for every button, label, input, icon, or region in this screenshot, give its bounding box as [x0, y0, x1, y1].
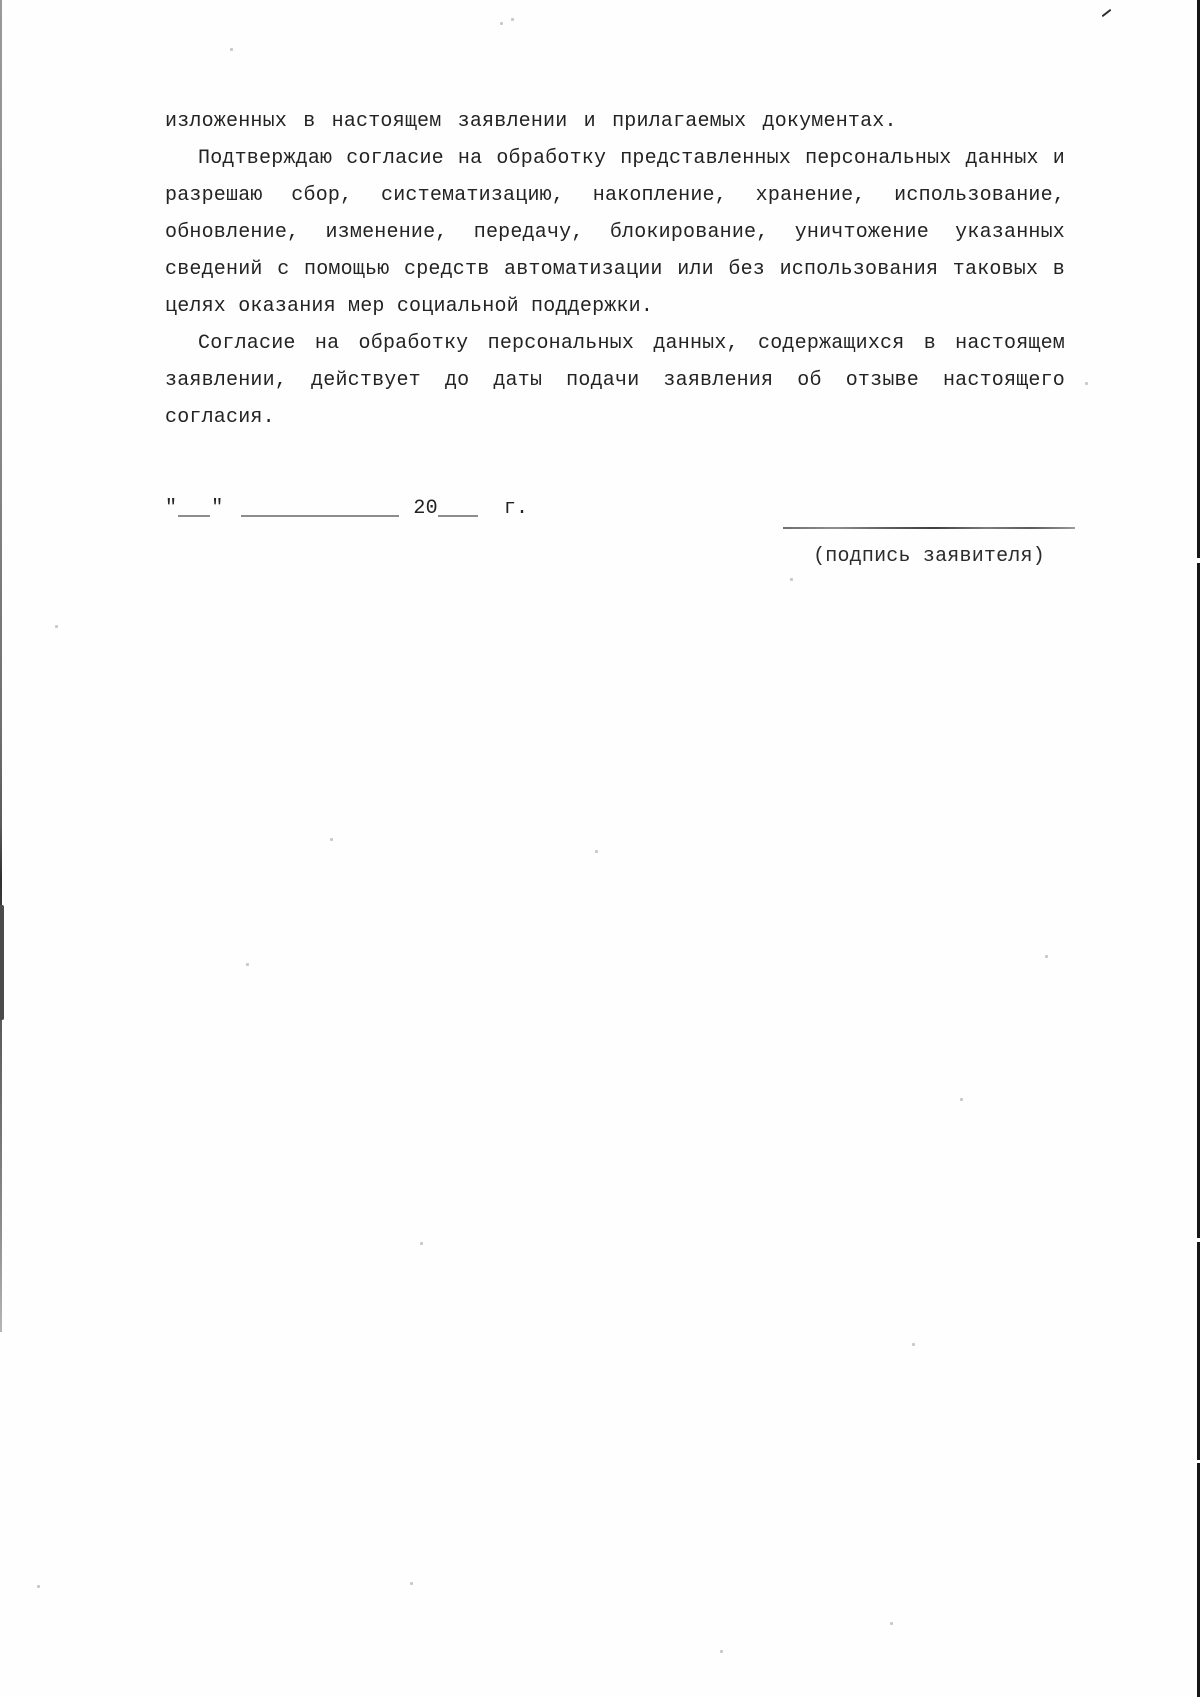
year-century-prefix: 20: [413, 497, 437, 520]
month-blank-field: [241, 499, 399, 517]
scan-edge-gap: [1196, 1238, 1200, 1242]
scan-noise-speck: [1045, 955, 1048, 958]
year-blank-field: [438, 499, 478, 517]
scan-edge-gap: [1196, 558, 1200, 563]
scan-noise-speck: [912, 1343, 915, 1346]
scan-edge-gap: [1196, 1460, 1200, 1463]
scan-noise-speck: [500, 22, 503, 25]
paragraph-consent-processing: Подтверждаю согласие на обработку предст…: [165, 140, 1065, 325]
scan-noise-speck: [246, 963, 249, 966]
paragraph-continuation: изложенных в настоящем заявлении и прила…: [165, 103, 1065, 140]
document-text-block: изложенных в настоящем заявлении и прила…: [165, 103, 1065, 436]
date-line: ""20г.: [165, 496, 528, 522]
scan-noise-speck: [55, 625, 58, 628]
signature-caption: (подпись заявителя): [783, 545, 1075, 568]
paragraph-consent-validity: Согласие на обработку персональных данны…: [165, 325, 1065, 436]
pen-mark: [1102, 9, 1112, 17]
scan-edge-left: [0, 0, 2, 1332]
day-open-quote: ": [165, 497, 177, 520]
scan-noise-speck: [420, 1242, 423, 1245]
scan-noise-speck: [230, 48, 233, 51]
year-suffix: г.: [504, 497, 528, 520]
scan-noise-speck: [37, 1585, 40, 1588]
scan-noise-speck: [511, 18, 514, 21]
day-blank-field: [178, 499, 210, 517]
day-close-quote: ": [211, 497, 223, 520]
scanned-document-page: изложенных в настоящем заявлении и прила…: [0, 0, 1200, 1697]
scan-noise-speck: [790, 578, 793, 581]
scan-noise-speck: [595, 850, 598, 853]
scan-noise-speck: [410, 1582, 413, 1585]
scan-noise-speck: [330, 838, 333, 841]
scan-noise-speck: [960, 1098, 963, 1101]
scan-edge-left-blotch: [0, 905, 4, 1020]
scan-noise-speck: [890, 1622, 893, 1625]
scan-noise-speck: [1085, 382, 1088, 385]
signature-blank-line: [783, 527, 1075, 529]
scan-noise-speck: [720, 1650, 723, 1653]
